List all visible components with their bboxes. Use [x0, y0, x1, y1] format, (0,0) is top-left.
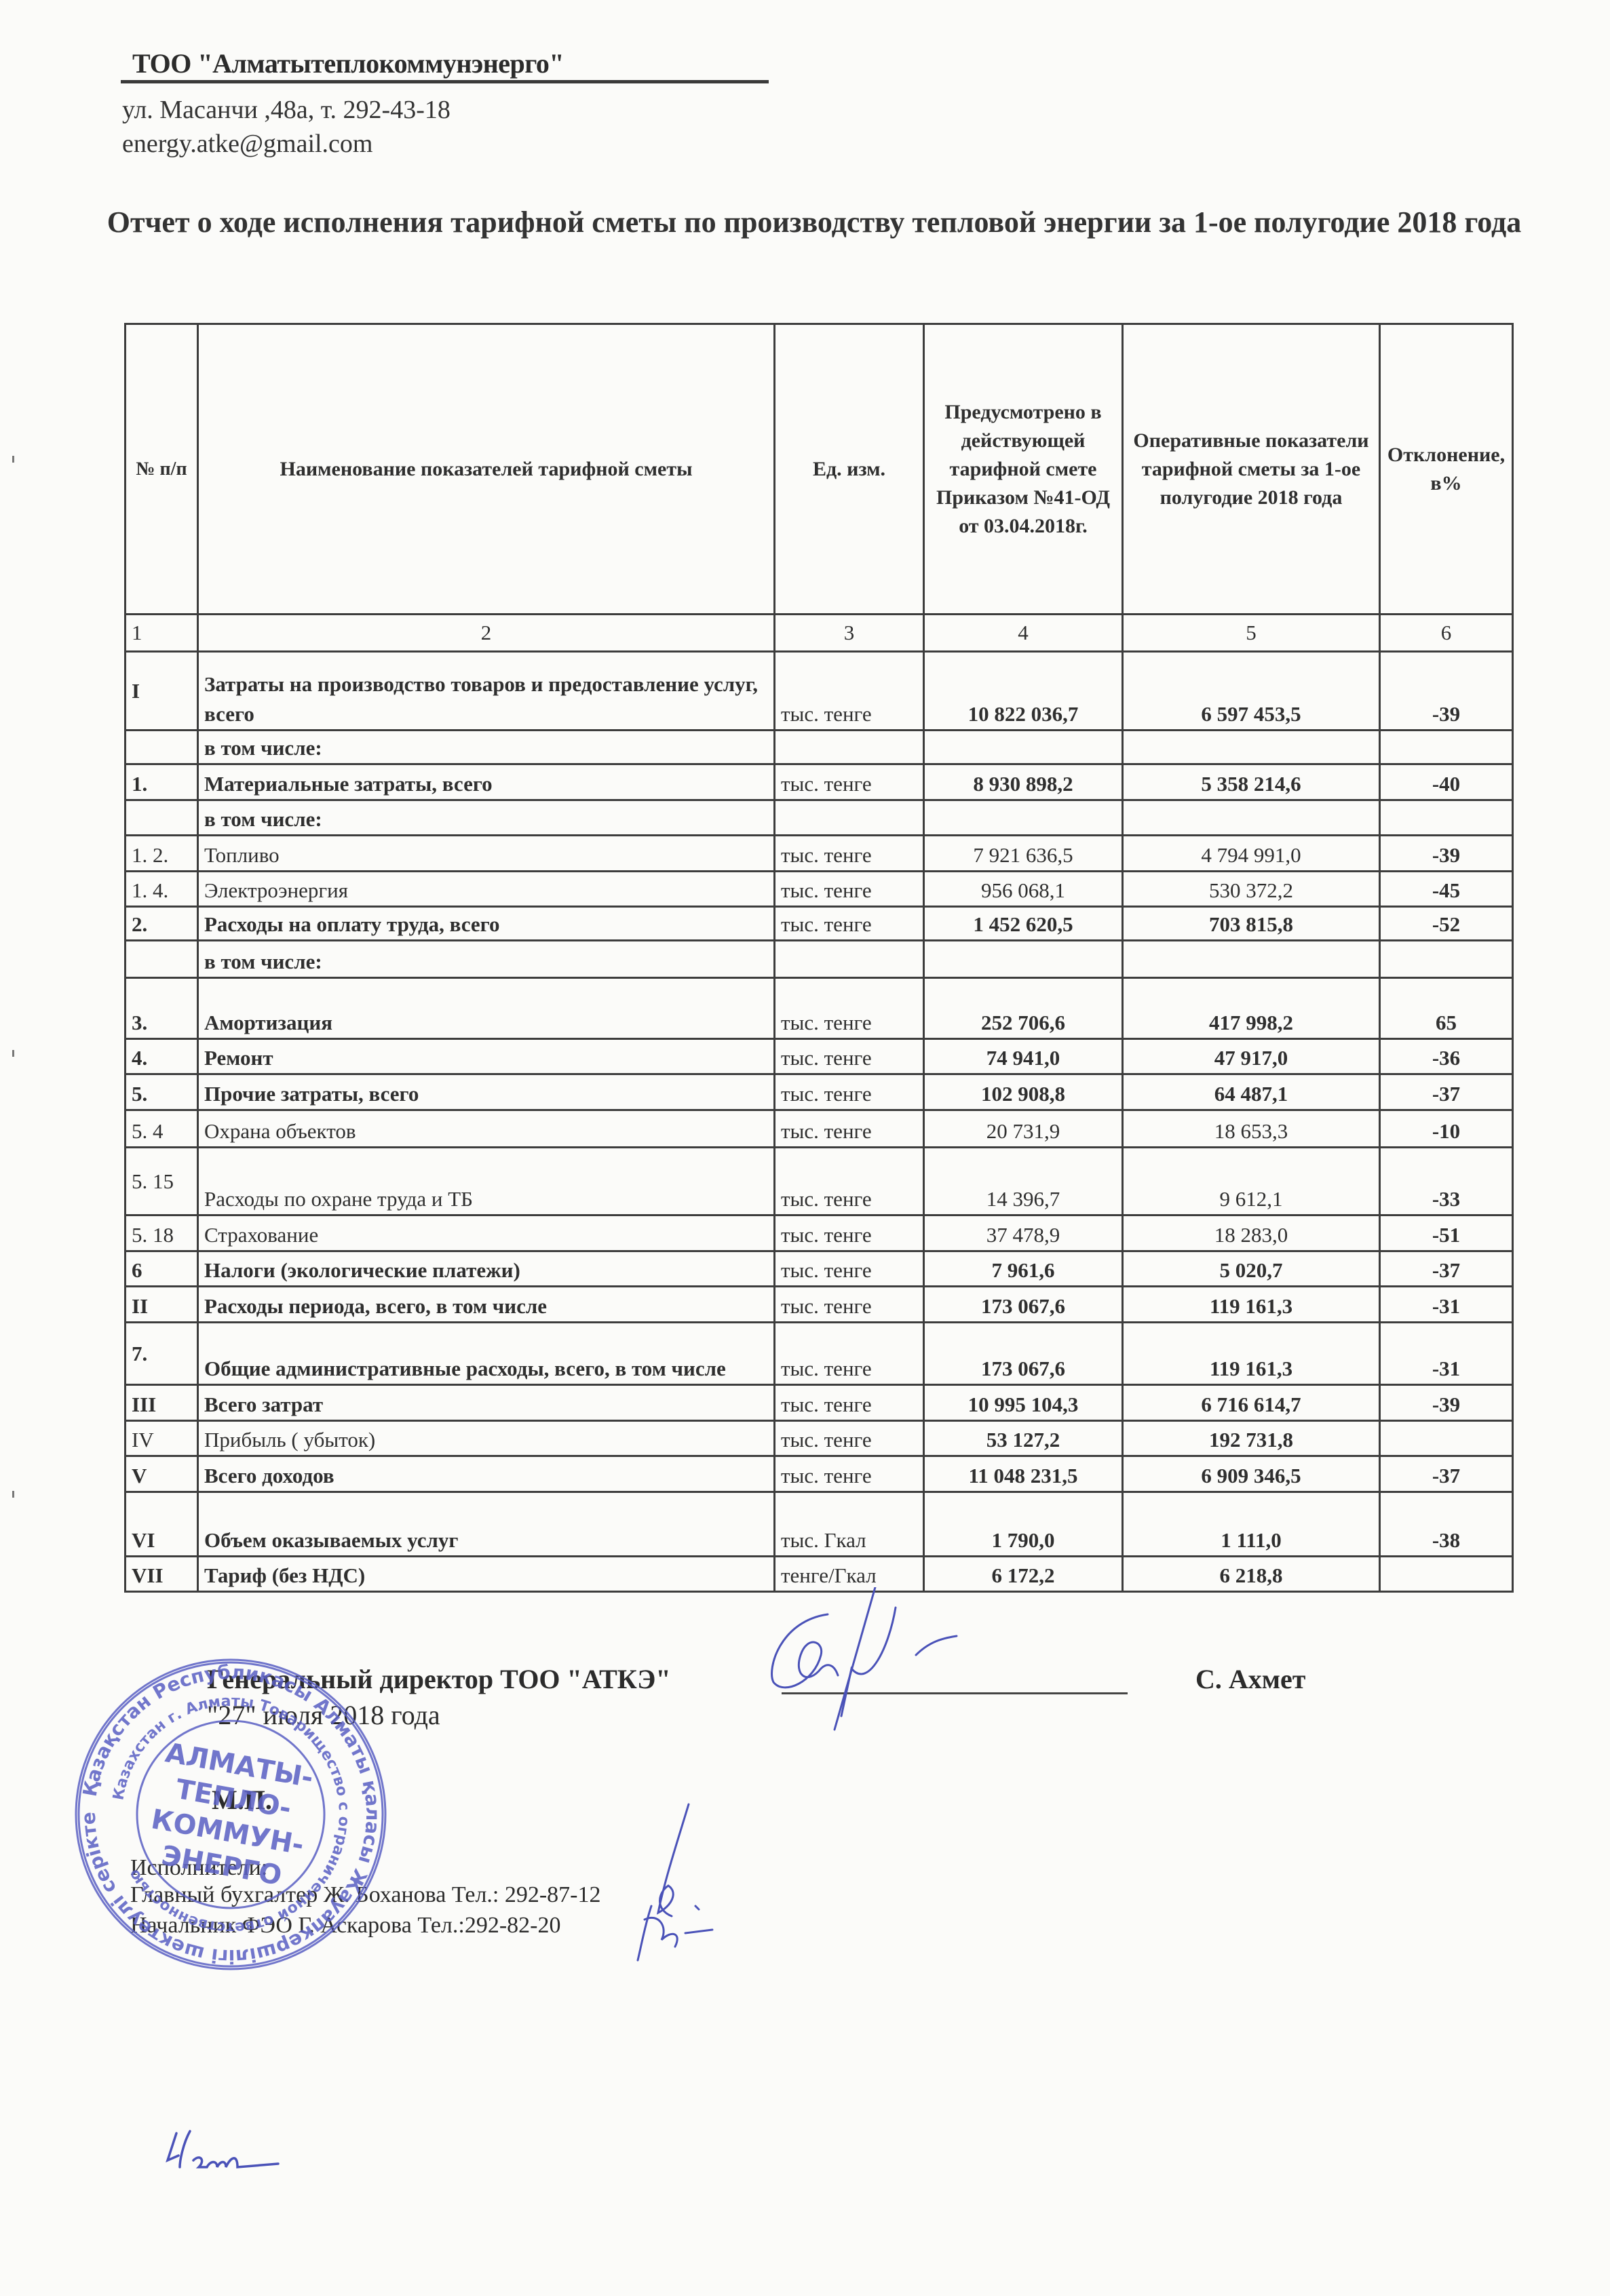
row-actual-value: 417 998,2: [1123, 978, 1380, 1039]
row-name: Прочие затраты, всего: [198, 1074, 775, 1110]
table-row: IIIВсего затраттыс. тенге10 995 104,36 7…: [126, 1385, 1513, 1421]
row-deviation: -31: [1380, 1287, 1513, 1323]
row-deviation: [1380, 941, 1513, 978]
row-deviation: 65: [1380, 978, 1513, 1039]
handwritten-note: [153, 2130, 302, 2177]
row-planned-value: 10 995 104,3: [924, 1385, 1123, 1421]
row-unit: тыс. тенге: [775, 1421, 924, 1456]
row-actual-value: 1 111,0: [1123, 1492, 1380, 1557]
margin-mark: [12, 1050, 14, 1057]
row-planned-value: [924, 800, 1123, 836]
row-unit: тыс. тенге: [775, 1074, 924, 1110]
header-unit: Ед. изм.: [775, 324, 924, 615]
table-row: 5. 4Охрана объектовтыс. тенге20 731,918 …: [126, 1110, 1513, 1148]
column-number: 6: [1380, 615, 1513, 652]
row-actual-value: 192 731,8: [1123, 1421, 1380, 1456]
row-actual-value: 18 283,0: [1123, 1215, 1380, 1251]
header-deviation: Отклонение, в%: [1380, 324, 1513, 615]
row-unit: тыс. тенге: [775, 978, 924, 1039]
row-planned-value: 53 127,2: [924, 1421, 1123, 1456]
row-planned-value: 173 067,6: [924, 1287, 1123, 1323]
row-deviation: -45: [1380, 872, 1513, 907]
table-row: 4.Ремонттыс. тенге74 941,047 917,0-36: [126, 1039, 1513, 1074]
row-name: Тариф (без НДС): [198, 1557, 775, 1592]
row-unit: тыс. тенге: [775, 764, 924, 800]
row-deviation: -10: [1380, 1110, 1513, 1148]
report-table: № п/п Наименование показателей тарифной …: [124, 323, 1514, 1593]
executor-head-fed: Начальник ФЭО Г. Аскарова Тел.:292-82-20: [130, 1913, 560, 1939]
row-name: Электроэнергия: [198, 872, 775, 907]
table-row: 1. 4.Электроэнергиятыс. тенге956 068,153…: [126, 872, 1513, 907]
row-name: Амортизация: [198, 978, 775, 1039]
report-table-wrapper: № п/п Наименование показателей тарифной …: [124, 323, 1512, 1593]
row-code: 1. 4.: [126, 872, 198, 907]
row-unit: тыс. тенге: [775, 1251, 924, 1287]
table-row: 7.Общие административные расходы, всего,…: [126, 1323, 1513, 1385]
row-unit: тыс. тенге: [775, 907, 924, 941]
row-actual-value: 530 372,2: [1123, 872, 1380, 907]
row-actual-value: 64 487,1: [1123, 1074, 1380, 1110]
row-code: 1. 2.: [126, 836, 198, 872]
column-number: 1: [126, 615, 198, 652]
row-deviation: -52: [1380, 907, 1513, 941]
column-number: 2: [198, 615, 775, 652]
row-code: 6: [126, 1251, 198, 1287]
row-actual-value: 6 909 346,5: [1123, 1456, 1380, 1492]
row-planned-value: 37 478,9: [924, 1215, 1123, 1251]
row-name: Расходы на оплату труда, всего: [198, 907, 775, 941]
row-unit: тыс. тенге: [775, 836, 924, 872]
row-planned-value: 956 068,1: [924, 872, 1123, 907]
row-unit: тыс. тенге: [775, 1215, 924, 1251]
row-code: 5. 18: [126, 1215, 198, 1251]
row-planned-value: 11 048 231,5: [924, 1456, 1123, 1492]
table-row: в том числе:: [126, 941, 1513, 978]
row-planned-value: 14 396,7: [924, 1148, 1123, 1215]
row-planned-value: 252 706,6: [924, 978, 1123, 1039]
row-actual-value: 18 653,3: [1123, 1110, 1380, 1148]
row-code: VII: [126, 1557, 198, 1592]
row-actual-value: [1123, 800, 1380, 836]
row-name: Расходы периода, всего, в том числе: [198, 1287, 775, 1323]
row-planned-value: 74 941,0: [924, 1039, 1123, 1074]
row-code: 2.: [126, 907, 198, 941]
row-deviation: [1380, 731, 1513, 764]
row-code: IV: [126, 1421, 198, 1456]
row-code: 7.: [126, 1323, 198, 1385]
header-number: № п/п: [126, 324, 198, 615]
signature-line: [782, 1692, 1128, 1694]
row-planned-value: 7 921 636,5: [924, 836, 1123, 872]
column-number: 5: [1123, 615, 1380, 652]
company-name: ТОО "Алматытеплокоммунэнерго": [132, 47, 564, 79]
row-planned-value: 10 822 036,7: [924, 652, 1123, 731]
row-deviation: -31: [1380, 1323, 1513, 1385]
row-deviation: -37: [1380, 1456, 1513, 1492]
header-name: Наименование показателей тарифной сметы: [198, 324, 775, 615]
row-deviation: -39: [1380, 1385, 1513, 1421]
row-deviation: [1380, 1421, 1513, 1456]
margin-mark: [12, 456, 14, 463]
header-actual: Оперативные показатели тарифной сметы за…: [1123, 324, 1380, 615]
table-row: VIIТариф (без НДС)тенге/Гкал6 172,26 218…: [126, 1557, 1513, 1592]
margin-mark: [12, 1491, 14, 1498]
director-title: Генеральный директор ТОО "АТКЭ": [207, 1663, 671, 1695]
header-planned: Предусмотрено в действующей тарифной сме…: [924, 324, 1123, 615]
row-unit: [775, 941, 924, 978]
row-actual-value: 119 161,3: [1123, 1323, 1380, 1385]
row-planned-value: 1 452 620,5: [924, 907, 1123, 941]
row-deviation: [1380, 1557, 1513, 1592]
row-deviation: -40: [1380, 764, 1513, 800]
column-number: 4: [924, 615, 1123, 652]
row-name: Затраты на производство товаров и предос…: [198, 652, 775, 731]
row-unit: тыс. тенге: [775, 1385, 924, 1421]
row-code: 5. 15: [126, 1148, 198, 1215]
row-deviation: -33: [1380, 1148, 1513, 1215]
row-code: 3.: [126, 978, 198, 1039]
row-actual-value: 9 612,1: [1123, 1148, 1380, 1215]
row-actual-value: 47 917,0: [1123, 1039, 1380, 1074]
row-unit: тенге/Гкал: [775, 1557, 924, 1592]
row-actual-value: 5 020,7: [1123, 1251, 1380, 1287]
row-actual-value: 4 794 991,0: [1123, 836, 1380, 872]
table-row: IVПрибыль ( убыток)тыс. тенге53 127,2192…: [126, 1421, 1513, 1456]
signature-date: "27" июля 2018 года: [207, 1699, 440, 1731]
row-deviation: -37: [1380, 1074, 1513, 1110]
row-unit: тыс. тенге: [775, 1323, 924, 1385]
row-planned-value: 8 930 898,2: [924, 764, 1123, 800]
row-planned-value: 1 790,0: [924, 1492, 1123, 1557]
table-row: VIОбъем оказываемых услугтыс. Гкал1 790,…: [126, 1492, 1513, 1557]
row-deviation: -39: [1380, 652, 1513, 731]
table-header-row: № п/п Наименование показателей тарифной …: [126, 324, 1513, 615]
row-planned-value: 6 172,2: [924, 1557, 1123, 1592]
row-actual-value: [1123, 941, 1380, 978]
row-unit: тыс. тенге: [775, 1287, 924, 1323]
row-code: [126, 731, 198, 764]
row-actual-value: 5 358 214,6: [1123, 764, 1380, 800]
row-name: Всего доходов: [198, 1456, 775, 1492]
table-row: 5. 15Расходы по охране труда и ТБтыс. те…: [126, 1148, 1513, 1215]
table-row: в том числе:: [126, 731, 1513, 764]
row-code: 1.: [126, 764, 198, 800]
row-name: в том числе:: [198, 941, 775, 978]
row-code: [126, 941, 198, 978]
row-unit: [775, 731, 924, 764]
row-actual-value: 6 218,8: [1123, 1557, 1380, 1592]
row-unit: [775, 800, 924, 836]
table-row: IЗатраты на производство товаров и предо…: [126, 652, 1513, 731]
row-name: Общие административные расходы, всего, в…: [198, 1323, 775, 1385]
row-actual-value: 6 597 453,5: [1123, 652, 1380, 731]
table-row: в том числе:: [126, 800, 1513, 836]
column-number: 3: [775, 615, 924, 652]
row-planned-value: 173 067,6: [924, 1323, 1123, 1385]
row-actual-value: 703 815,8: [1123, 907, 1380, 941]
row-deviation: -51: [1380, 1215, 1513, 1251]
head-fed-signature: [631, 1899, 740, 1967]
row-name: Топливо: [198, 836, 775, 872]
row-deviation: [1380, 800, 1513, 836]
row-unit: тыс. тенге: [775, 1110, 924, 1148]
row-code: II: [126, 1287, 198, 1323]
row-deviation: -39: [1380, 836, 1513, 872]
row-code: V: [126, 1456, 198, 1492]
row-planned-value: [924, 731, 1123, 764]
table-row: 5. 18Страхованиетыс. тенге37 478,918 283…: [126, 1215, 1513, 1251]
table-row: 1. 2.Топливотыс. тенге7 921 636,54 794 9…: [126, 836, 1513, 872]
company-email: energy.atke@gmail.com: [122, 129, 372, 159]
row-name: Материальные затраты, всего: [198, 764, 775, 800]
director-name: С. Ахмет: [1195, 1663, 1305, 1695]
accountant-signature: [631, 1797, 726, 1953]
row-code: I: [126, 652, 198, 731]
table-body: IЗатраты на производство товаров и предо…: [126, 652, 1513, 1592]
row-code: 5. 4: [126, 1110, 198, 1148]
row-unit: тыс. тенге: [775, 1456, 924, 1492]
row-code: 4.: [126, 1039, 198, 1074]
table-row: IIРасходы периода, всего, в том числетыс…: [126, 1287, 1513, 1323]
row-unit: тыс. Гкал: [775, 1492, 924, 1557]
row-code: VI: [126, 1492, 198, 1557]
row-code: III: [126, 1385, 198, 1421]
row-actual-value: 119 161,3: [1123, 1287, 1380, 1323]
company-address: ул. Масанчи ,48а, т. 292-43-18: [122, 95, 451, 125]
executors-label: Исполнители:: [130, 1855, 267, 1881]
row-planned-value: 7 961,6: [924, 1251, 1123, 1287]
row-unit: тыс. тенге: [775, 872, 924, 907]
row-name: Ремонт: [198, 1039, 775, 1074]
seal-mark: М.П.: [212, 1784, 272, 1816]
row-code: 5.: [126, 1074, 198, 1110]
row-planned-value: [924, 941, 1123, 978]
row-name: Страхование: [198, 1215, 775, 1251]
table-row: 1.Материальные затраты, всеготыс. тенге8…: [126, 764, 1513, 800]
table-row: 5.Прочие затраты, всеготыс. тенге102 908…: [126, 1074, 1513, 1110]
row-name: Охрана объектов: [198, 1110, 775, 1148]
row-deviation: -36: [1380, 1039, 1513, 1074]
row-name: Всего затрат: [198, 1385, 775, 1421]
table-row: 2.Расходы на оплату труда, всеготыс. тен…: [126, 907, 1513, 941]
row-planned-value: 102 908,8: [924, 1074, 1123, 1110]
row-name: Расходы по охране труда и ТБ: [198, 1148, 775, 1215]
row-name: Прибыль ( убыток): [198, 1421, 775, 1456]
letterhead-underline: [121, 80, 769, 83]
report-title: Отчет о ходе исполнения тарифной сметы п…: [102, 198, 1527, 247]
row-unit: тыс. тенге: [775, 1039, 924, 1074]
executor-chief-accountant: Главный бухгалтер Ж. Боханова Тел.: 292-…: [130, 1882, 601, 1908]
row-name: Налоги (экологические платежи): [198, 1251, 775, 1287]
row-planned-value: 20 731,9: [924, 1110, 1123, 1148]
director-signature: [753, 1587, 1174, 1757]
table-row: 6Налоги (экологические платежи)тыс. тенг…: [126, 1251, 1513, 1287]
row-name: в том числе:: [198, 731, 775, 764]
row-unit: тыс. тенге: [775, 1148, 924, 1215]
row-actual-value: [1123, 731, 1380, 764]
row-code: [126, 800, 198, 836]
column-number-row: 1 2 3 4 5 6: [126, 615, 1513, 652]
row-name: Объем оказываемых услуг: [198, 1492, 775, 1557]
row-name: в том числе:: [198, 800, 775, 836]
row-deviation: -37: [1380, 1251, 1513, 1287]
row-actual-value: 6 716 614,7: [1123, 1385, 1380, 1421]
table-row: 3.Амортизациятыс. тенге252 706,6417 998,…: [126, 978, 1513, 1039]
table-row: VВсего доходовтыс. тенге11 048 231,56 90…: [126, 1456, 1513, 1492]
row-unit: тыс. тенге: [775, 652, 924, 731]
row-deviation: -38: [1380, 1492, 1513, 1557]
